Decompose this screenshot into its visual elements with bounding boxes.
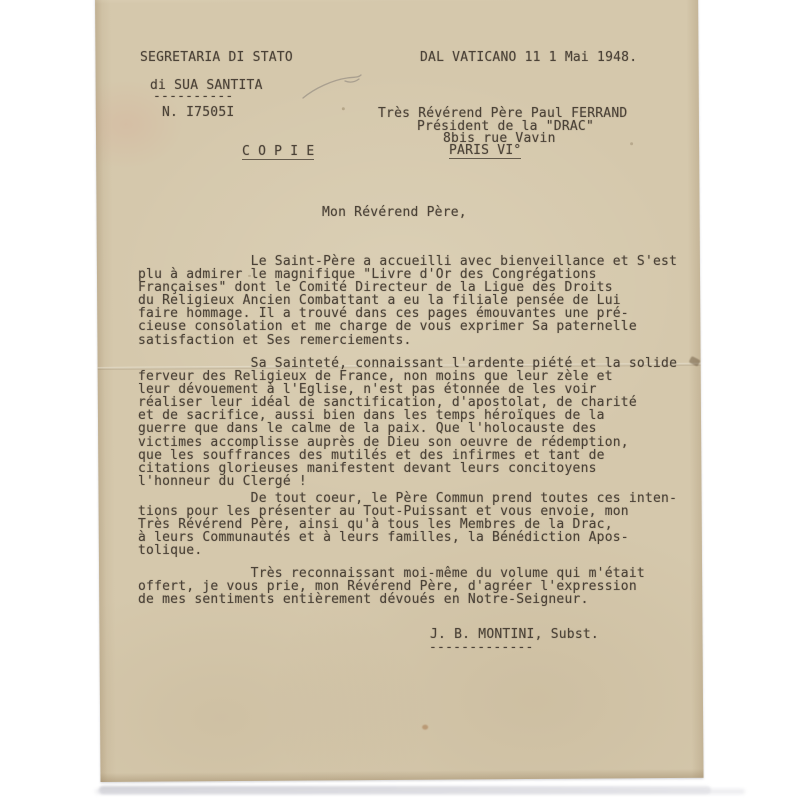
body-paragraph-3: De tout coeur, le Père Commun prend tout… xyxy=(138,492,677,557)
scan-shadow-outer xyxy=(95,789,745,794)
body-paragraph-1: Le Saint-Père a accueilli avec bienveill… xyxy=(138,255,677,347)
signature-dashes: ------------- xyxy=(429,641,534,654)
pencil-mark xyxy=(295,66,375,106)
sender-office-line1: SEGRETARIA DI STATO xyxy=(140,51,293,64)
copy-label: C O P I E xyxy=(242,145,314,160)
recipient-line-4: PARIS VI° xyxy=(449,144,521,159)
body-paragraph-4: Très reconnaissant moi-même du volume qu… xyxy=(138,567,645,606)
salutation: Mon Révérend Père, xyxy=(322,206,467,219)
paper-stain xyxy=(422,725,428,730)
paper-speck xyxy=(630,142,633,145)
sender-office-dashes: ---------- xyxy=(153,90,233,103)
paper-speck xyxy=(342,107,345,110)
body-paragraph-2: Sa Sainteté, connaissant l'ardente piété… xyxy=(138,357,677,488)
protocol-number: N. I7505I xyxy=(162,106,234,119)
dateline: DAL VATICANO 11 1 Mai 1948. xyxy=(420,51,637,64)
scanned-letter-photo: SEGRETARIA DI STATO DAL VATICANO 11 1 Ma… xyxy=(0,0,800,800)
